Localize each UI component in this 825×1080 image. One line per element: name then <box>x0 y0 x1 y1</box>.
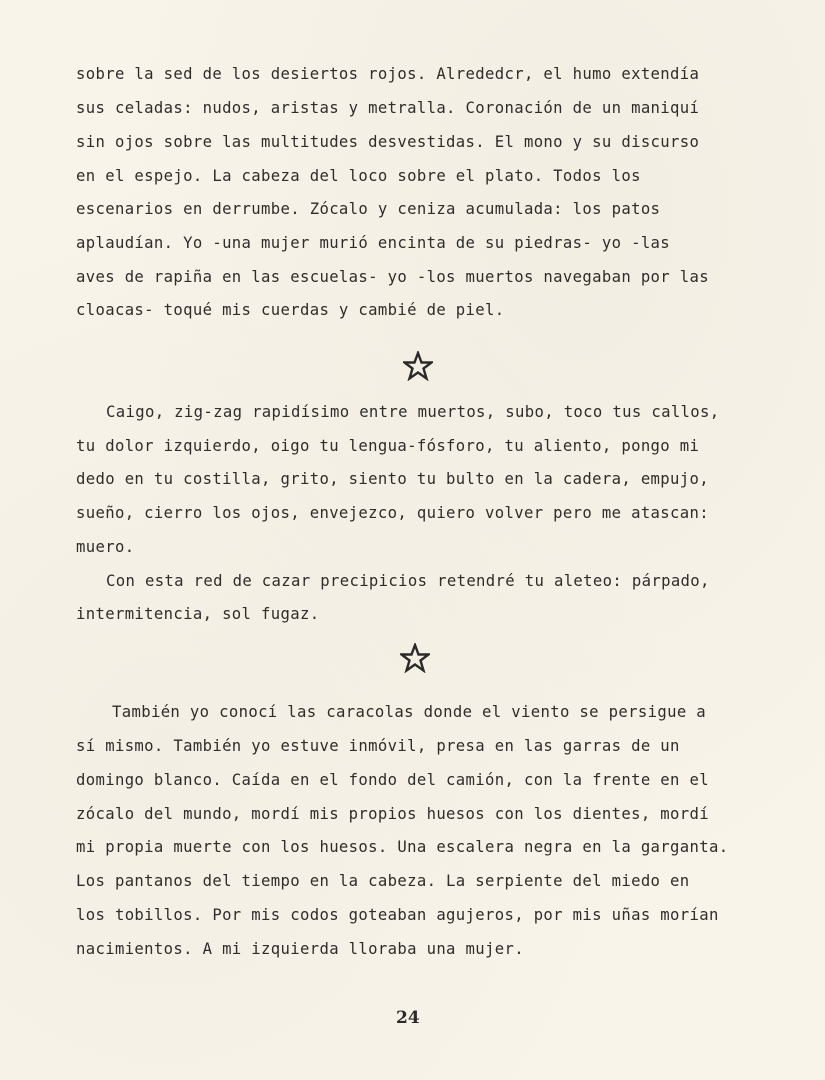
text-line: cloacas- toqué mis cuerdas y cambié de p… <box>76 300 504 320</box>
text-line: nacimientos. A mi izquierda lloraba una … <box>76 939 524 959</box>
star-outline-icon <box>403 351 433 381</box>
text-line: intermitencia, sol fugaz. <box>76 604 319 624</box>
text-line: tu dolor izquierdo, oigo tu lengua-fósfo… <box>76 436 699 456</box>
text-line: sueño, cierro los ojos, envejezco, quier… <box>76 503 709 523</box>
text-line: en el espejo. La cabeza del loco sobre e… <box>76 166 641 186</box>
text-line: Los pantanos del tiempo en la cabeza. La… <box>76 871 690 891</box>
text-line: sus celadas: nudos, aristas y metralla. … <box>76 98 699 118</box>
document-page: sobre la sed de los desiertos rojos. Alr… <box>0 0 825 1080</box>
text-line: muero. <box>76 537 134 557</box>
text-line: También yo conocí las caracolas donde el… <box>112 702 706 722</box>
text-line: aves de rapiña en las escuelas- yo -los … <box>76 267 709 287</box>
text-line: sí mismo. También yo estuve inmóvil, pre… <box>76 736 680 756</box>
text-line: aplaudían. Yo -una mujer murió encinta d… <box>76 233 670 253</box>
text-line: sin ojos sobre las multitudes desvestida… <box>76 132 699 152</box>
page-number: 24 <box>396 1008 420 1028</box>
text-line: zócalo del mundo, mordí mis propios hues… <box>76 804 709 824</box>
text-line: dedo en tu costilla, grito, siento tu bu… <box>76 469 709 489</box>
text-line: domingo blanco. Caída en el fondo del ca… <box>76 770 709 790</box>
text-line: Con esta red de cazar precipicios retend… <box>106 571 710 591</box>
text-line: los tobillos. Por mis codos goteaban agu… <box>76 905 719 925</box>
text-line: Caigo, zig-zag rapidísimo entre muertos,… <box>106 402 720 422</box>
star-outline-icon <box>400 643 430 673</box>
text-line: sobre la sed de los desiertos rojos. Alr… <box>76 64 699 84</box>
text-line: escenarios en derrumbe. Zócalo y ceniza … <box>76 199 660 219</box>
text-line: mi propia muerte con los huesos. Una esc… <box>76 837 728 857</box>
